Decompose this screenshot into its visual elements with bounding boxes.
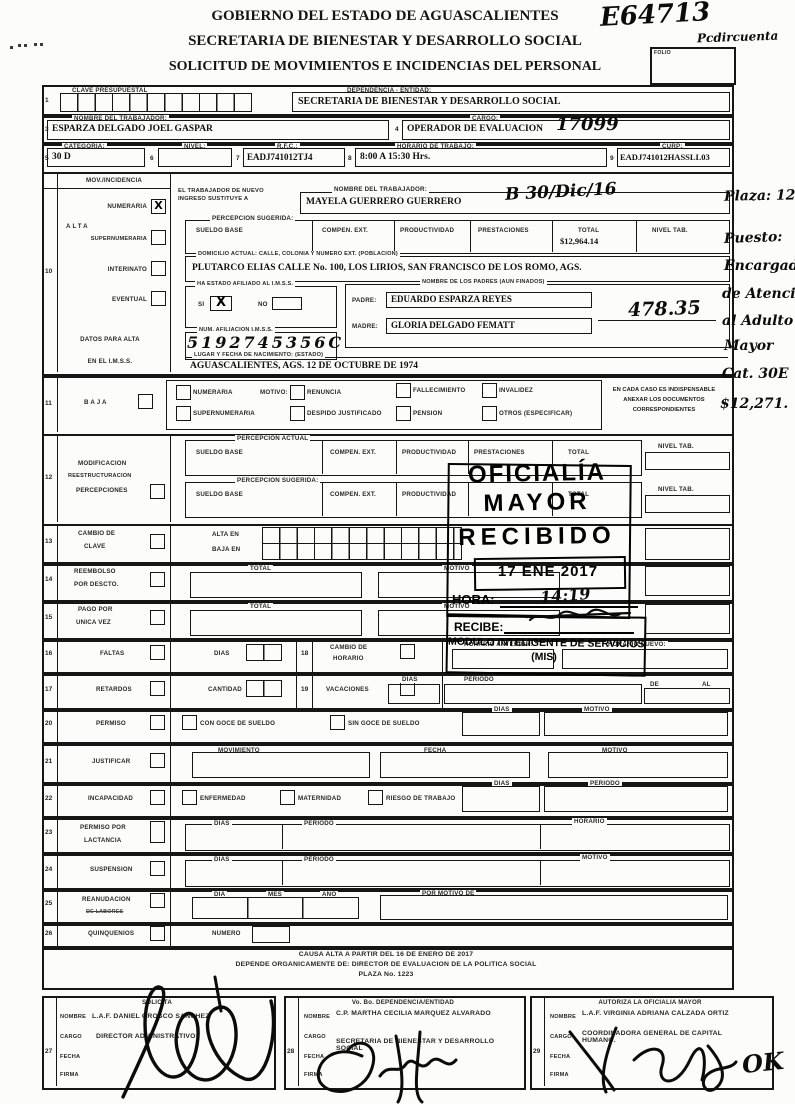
row-number-27: 27 (45, 1048, 52, 1055)
retardos-label: RETARDOS (96, 686, 132, 693)
row-number-25: 25 (45, 900, 52, 907)
row-number-8: 8 (348, 155, 352, 162)
right-box-15 (645, 604, 730, 634)
nombre-trabajador-value: ESPARZA DELGADO JOEL GASPAR (52, 124, 213, 134)
percepcion-sugerida-box (185, 220, 730, 254)
total-label: TOTAL (568, 449, 589, 456)
vacaciones-periodo-box (444, 684, 642, 704)
divider (57, 434, 58, 522)
riesgo-label: RIESGO DE TRABAJO (386, 795, 455, 802)
row-number-1: 1 (45, 97, 49, 104)
permiso-motivo-box (544, 712, 728, 736)
row-number-26: 26 (45, 930, 52, 937)
sustituto-nombre-label: NOMBRE DEL TRABAJADOR: (332, 186, 429, 193)
vacaciones-de-al-box (644, 688, 730, 704)
divider (636, 220, 637, 252)
si-label: SI (198, 301, 204, 308)
pension-checkbox[interactable] (396, 406, 411, 421)
periodo-label: PERIODO (302, 820, 336, 827)
justificar-checkbox[interactable] (150, 753, 165, 768)
otros-label: OTROS (ESPECIFICAR) (499, 410, 572, 417)
margin-note-atencion: de Atenci (722, 286, 795, 302)
en-el-imss-label: EN EL I.M.S.S. (58, 358, 162, 365)
periodo-label: PERIODO (462, 676, 496, 683)
madre-value: GLORIA DELGADO FEMATT (391, 320, 515, 330)
right-box-14 (645, 566, 730, 596)
alta-en-label: ALTA EN (212, 531, 239, 538)
con-goce-label: CON GOCE DE SUELDO (200, 720, 275, 727)
divider (43, 188, 170, 189)
padre-label: PADRE: (352, 297, 376, 304)
row-number-10: 10 (45, 268, 52, 275)
categoria-value: 30 D (52, 152, 71, 162)
cargo-handwritten-number: 17099 (556, 114, 619, 135)
reembolso-label-1: REEMBOLSO (74, 568, 116, 575)
row-number-21: 21 (45, 758, 52, 765)
divider (57, 562, 58, 600)
cargo-label: CARGO (60, 1034, 82, 1040)
row-number-7: 7 (236, 155, 240, 162)
nacimiento-value: AGUASCALIENTES, AGS. 12 DE OCTUBRE DE 19… (190, 361, 418, 371)
baja-motivos-box (166, 380, 602, 430)
signature-vobo (300, 1018, 510, 1104)
sin-goce-label: SIN GOCE DE SUELDO (348, 720, 420, 727)
stamp-hora-label: HORA: (452, 592, 495, 607)
modificacion-label: MODIFICACION (78, 460, 126, 467)
divider (470, 220, 471, 252)
de-label: DE (650, 681, 659, 688)
divider (170, 816, 171, 852)
scan-artifact (10, 46, 13, 49)
divider (322, 440, 323, 474)
stamp-recibido: RECIBIDO (448, 522, 626, 552)
renuncia-checkbox[interactable] (290, 385, 305, 400)
sueldo-base-label: SUELDO BASE (196, 227, 243, 234)
baja-nota-3: CORRESPONDIENTES (600, 407, 728, 413)
row-number-19: 19 (301, 686, 308, 693)
percepciones-label: PERCEPCIONES (76, 487, 128, 494)
pago-label-2: UNICA VEZ (76, 619, 111, 626)
lactancia-label-1: PERMISO POR (80, 824, 126, 831)
suspension-box (185, 860, 730, 887)
margin-note-plaza: Plaza: 122 (724, 187, 795, 204)
row-number-22: 22 (45, 795, 52, 802)
mov-incidencia-header: MOV./INCIDENCIA (58, 177, 170, 184)
divider (57, 638, 58, 672)
row-number-16: 16 (45, 650, 52, 657)
nivel-tab-label: NIVEL TAB. (658, 486, 694, 493)
divider (170, 638, 171, 672)
interinato-label: INTERINATO (62, 266, 147, 273)
alta-en-grid (262, 527, 462, 544)
margin-note-sueldo: $12,271. (720, 396, 788, 412)
faltas-checkbox[interactable] (150, 645, 165, 660)
madre-handwritten-number: 478.35 (628, 297, 701, 322)
productividad-label: PRODUCTIVIDAD (400, 227, 454, 234)
divider (540, 860, 541, 885)
pago-label-1: PAGO POR (78, 606, 113, 613)
supernumeraria-checkbox[interactable] (151, 230, 166, 245)
page-title-line2: SECRETARIA DE BIENESTAR Y DESARROLLO SOC… (120, 33, 650, 50)
folio-label: FOLIO (654, 50, 671, 56)
sustituto-nombre-value: MAYELA GUERRERO GUERRERO (306, 197, 461, 207)
permiso-dias-box (462, 712, 540, 736)
baja-nota-1: EN CADA CASO ES INDISPENSABLE (600, 387, 728, 393)
reanudacion-checkbox[interactable] (150, 893, 165, 908)
nacimiento-label: LUGAR Y FECHA DE NACIMIENTO: (ESTADO) (192, 352, 325, 358)
causa-alta-line-1: CAUSA ALTA A PARTIR DEL 16 DE ENERO DE 2… (42, 951, 730, 958)
divider (540, 824, 541, 849)
permiso-label: PERMISO (96, 720, 126, 727)
otros-checkbox[interactable] (482, 406, 497, 421)
motivo-label: MOTIVO (580, 854, 610, 861)
maternidad-label: MATERNIDAD (298, 795, 341, 802)
baja-label: B A J A (84, 399, 107, 406)
divider (170, 708, 171, 742)
divider (57, 376, 58, 432)
divider (170, 922, 171, 946)
total-label: TOTAL (578, 227, 599, 234)
baja-checkbox[interactable] (138, 394, 153, 409)
handwritten-code: E64713 (599, 0, 711, 33)
con-goce-checkbox[interactable] (182, 715, 197, 730)
cargo-value: OPERADOR DE EVALUACION (407, 124, 543, 134)
numeraria-label: NUMERARIA (62, 203, 147, 210)
num-afiliacion-handwritten: 5192745356C (187, 333, 344, 352)
total-label: TOTAL (248, 603, 273, 610)
nivel-tab-label: NIVEL TAB. (658, 443, 694, 450)
alta-label: ALTA (66, 223, 90, 230)
prestaciones-label: PRESTACIONES (478, 227, 529, 234)
compen-ext-label: COMPEN. EXT. (330, 449, 376, 456)
divider (170, 562, 171, 600)
no-checkbox[interactable] (272, 297, 302, 310)
incapacidad-periodo-box (544, 786, 728, 812)
divider (544, 996, 545, 1086)
numero-label: NUMERO (212, 930, 241, 937)
riesgo-checkbox[interactable] (368, 790, 383, 805)
divider (170, 434, 171, 522)
divider (322, 482, 323, 516)
afiliado-imss-label: HA ESTADO AFILIADO AL I.M.S.S. (195, 281, 295, 287)
curp-value: EADJ741012HASSLL03 (620, 152, 710, 162)
eventual-label: EVENTUAL (62, 296, 147, 303)
total-label: TOTAL (248, 565, 273, 572)
suspension-checkbox[interactable] (150, 861, 165, 876)
total-sugerido-value: $12,964.14 (560, 236, 598, 246)
lactancia-checkbox[interactable] (150, 821, 165, 843)
row-number-4: 4 (395, 126, 399, 133)
vobo-header: Vo. Bo. DEPENDENCIA/ENTIDAD (284, 999, 522, 1006)
horario-label: HORARIO (572, 818, 607, 825)
enfermedad-checkbox[interactable] (182, 790, 197, 805)
baja-en-grid (262, 543, 462, 560)
sustituye-label-1: EL TRABAJADOR DE NUEVO (178, 188, 264, 194)
modificacion-checkbox[interactable] (150, 484, 165, 499)
divider (57, 524, 58, 562)
baja-en-label: BAJA EN (212, 546, 240, 553)
invalidez-checkbox[interactable] (482, 383, 497, 398)
nombre-label: NOMBRE (60, 1014, 86, 1020)
despido-label: DESPIDO JUSTIFICADO (307, 410, 382, 417)
scanned-personnel-form: GOBIERNO DEL ESTADO DE AGUASCALIENTES SE… (0, 0, 795, 1104)
aut-header: AUTORIZA LA OFICIALIA MAYOR (530, 999, 770, 1006)
divider (57, 888, 58, 922)
justificar-movimiento-box (192, 752, 370, 778)
baja-numeraria-checkbox[interactable] (176, 385, 191, 400)
causa-alta-line-2: DEPENDE ORGANICAMENTE DE: DIRECTOR DE EV… (42, 961, 730, 968)
reanudacion-label-2: DE LABORES (86, 909, 123, 915)
interinato-checkbox[interactable] (151, 261, 166, 276)
lactancia-label-2: LACTANCIA (84, 837, 121, 844)
row-number-20: 20 (45, 720, 52, 727)
divider (57, 782, 58, 816)
eventual-checkbox[interactable] (151, 291, 166, 306)
aut-nombre-value: L.A.F. VIRGINIA ADRIANA CALZADA ORTIZ (582, 1010, 757, 1017)
divider (312, 220, 313, 252)
row-number-15: 15 (45, 614, 52, 621)
compen-ext-label: COMPEN. EXT. (322, 227, 368, 234)
divider (170, 782, 171, 816)
baja-supernumeraria-checkbox[interactable] (176, 406, 191, 421)
cambio-horario-checkbox[interactable] (400, 644, 415, 659)
numeraria-checkbox[interactable]: X (151, 199, 166, 214)
nivel-tab-sugerido-box (645, 495, 730, 513)
row-number-13: 13 (45, 538, 52, 545)
divider (312, 638, 313, 672)
justificar-label: JUSTIFICAR (92, 758, 130, 765)
row-number-24: 24 (45, 866, 52, 873)
divider (170, 600, 171, 638)
stamp-date: 17 ENE 2017 (474, 563, 622, 580)
margin-note-puesto: Puesto: (724, 229, 783, 247)
si-checkbox[interactable]: X (210, 296, 232, 311)
pago-checkbox[interactable] (150, 610, 165, 625)
incapacidad-checkbox[interactable] (150, 790, 165, 805)
despido-checkbox[interactable] (290, 406, 305, 421)
justificar-motivo-box (548, 752, 728, 778)
cambio-horario-label-2: HORARIO (333, 655, 364, 662)
page-title-line3: SOLICITUD DE MOVIMIENTOS E INCIDENCIAS D… (100, 59, 670, 75)
hora-crossed-scribble (524, 604, 636, 628)
sueldo-base-label: SUELDO BASE (196, 491, 243, 498)
reanudacion-fecha-box (192, 897, 359, 919)
incapacidad-label: INCAPACIDAD (88, 795, 133, 802)
reanudacion-motivo-box (380, 895, 728, 920)
stamp-mayor: MAYOR (450, 487, 625, 519)
percepcion-sugerida12-label: PERCEPCION SUGERIDA: (235, 477, 320, 484)
signature-autoriza (556, 1018, 756, 1102)
divider (170, 888, 171, 922)
divider (57, 672, 58, 708)
right-box-13 (645, 528, 730, 560)
signature-solicita (95, 975, 305, 1103)
productividad-label: PRODUCTIVIDAD (402, 449, 456, 456)
quinquenios-numero-box (252, 926, 290, 943)
supernumeraria-label: SUPERNUMERARIA (62, 236, 147, 242)
maternidad-checkbox[interactable] (280, 790, 295, 805)
faltas-label: FALTAS (100, 650, 124, 657)
divider (170, 672, 171, 708)
reestructuracion-label: REESTRUCTURACION (68, 473, 132, 479)
reanudacion-label-1: REANUDACION (82, 896, 131, 903)
nivel-tab-actual-box (645, 452, 730, 470)
pension-label: PENSION (413, 410, 442, 417)
row-number-18: 18 (301, 650, 308, 657)
baja-supernumeraria-label: SUPERNUMERARIA (193, 410, 255, 417)
datos-para-alta-label: DATOS PARA ALTA (58, 336, 162, 343)
dias-label: DIAS (214, 650, 230, 657)
margin-note-mayor: Mayor (724, 338, 773, 354)
compen-ext-label: COMPEN. EXT. (330, 491, 376, 498)
reembolso-label-2: POR DESCTO. (74, 581, 119, 588)
row-number-29: 29 (533, 1048, 540, 1055)
page-title-line1: GOBIERNO DEL ESTADO DE AGUASCALIENTES (120, 8, 650, 25)
divider (57, 742, 58, 782)
lactancia-box (185, 824, 730, 851)
suspension-label: SUSPENSION (90, 866, 133, 873)
incapacidad-dias-box (462, 786, 540, 812)
horario-value: 8:00 A 15:30 Hrs. (360, 152, 430, 162)
divider (442, 638, 443, 672)
row-number-17: 17 (45, 686, 52, 693)
sustituye-label-2: INGRESO SUSTITUYE A (178, 196, 248, 202)
row-number-14: 14 (45, 576, 52, 583)
vacaciones-label: VACACIONES (326, 686, 369, 693)
divider (394, 220, 395, 252)
percepcion-actual-label: PERCEPCION ACTUAL (235, 435, 310, 442)
baja-numeraria-label: NUMERARIA (193, 389, 233, 396)
clave-presupuestal-grid (60, 93, 252, 112)
row-number-6: 6 (150, 155, 154, 162)
faltas-dias-cells (246, 644, 282, 661)
justificar-fecha-box (380, 752, 530, 778)
divider (282, 824, 283, 849)
divider (57, 852, 58, 888)
sin-goce-checkbox[interactable] (330, 715, 345, 730)
domicilio-value: PLUTARCO ELIAS CALLE No. 100, LOS LIRIOS… (192, 263, 582, 273)
margin-note-encargado: Encargad (724, 258, 795, 274)
divider (296, 672, 297, 708)
al-label: AL (702, 681, 711, 688)
no-label: NO (258, 301, 268, 308)
fallecimiento-label: FALLECIMIENTO (413, 387, 465, 394)
divider (170, 742, 171, 782)
rfc-value: EADJ741012TJ4 (247, 152, 313, 162)
quinquenios-label: QUINQUENIOS (88, 930, 134, 937)
madre-label: MADRE: (352, 323, 378, 330)
reembolso-total-box (190, 572, 362, 598)
cambio-horario-label-1: CAMBIO DE (330, 644, 367, 651)
reembolso-checkbox[interactable] (150, 572, 165, 587)
vobo-nombre-value: C.P. MARTHA CECILIA MARQUEZ ALVARADO (336, 1010, 506, 1017)
divider (57, 816, 58, 852)
handwritten-note: Pcdircuenta (697, 29, 779, 46)
divider (57, 600, 58, 638)
dias-label: DIAS (400, 676, 420, 683)
row-number-9: 9 (610, 155, 614, 162)
dependencia-value: SECRETARIA DE BIENESTAR Y DESARROLLO SOC… (298, 96, 561, 107)
padre-value: EDUARDO ESPARZA REYES (391, 294, 512, 304)
retardos-checkbox[interactable] (150, 681, 165, 696)
percepcion-sugerida-label: PERCEPCION SUGERIDA: (210, 215, 295, 222)
dias-label: DIAS (212, 820, 232, 827)
periodo-label: PERIODO (302, 856, 336, 863)
padres-label: NOMBRE DE LOS PADRES (AUN FINADOS) (420, 279, 547, 285)
motivo-label: MOTIVO: (260, 389, 288, 396)
divider (396, 482, 397, 516)
cambio-de-clave-label-2: CLAVE (84, 543, 106, 550)
fecha-label: FECHA (60, 1054, 80, 1060)
divider (296, 638, 297, 672)
divider (312, 672, 313, 708)
cantidad-label: CANTIDAD (208, 686, 242, 693)
divider (170, 524, 171, 562)
retardos-cantidad-cells (246, 680, 282, 697)
baja-nota-2: ANEXAR LOS DOCUMENTOS (600, 397, 728, 403)
divider (442, 672, 443, 708)
nivel-box (158, 148, 232, 167)
permiso-checkbox[interactable] (150, 715, 165, 730)
row-number-11: 11 (45, 400, 52, 407)
row-number-12: 12 (45, 474, 52, 481)
divider (170, 172, 171, 372)
enfermedad-label: ENFERMEDAD (200, 795, 246, 802)
cambio-de-clave-label-1: CAMBIO DE (78, 530, 115, 537)
margin-note-categoria: Cat. 30E (722, 366, 789, 382)
quinquenios-checkbox[interactable] (150, 926, 165, 941)
margin-note-adulto: al Adulto (722, 313, 793, 329)
nivel-tab-label: NIVEL TAB. (652, 227, 688, 234)
divider (552, 220, 553, 252)
vacaciones-dias-box (388, 684, 440, 704)
fallecimiento-checkbox[interactable] (396, 383, 411, 398)
domicilio-label: DOMICILIO ACTUAL: CALLE, COLONIA Y NUMER… (196, 251, 400, 257)
divider (56, 996, 57, 1086)
cambio-clave-checkbox[interactable] (150, 534, 165, 549)
divider (57, 708, 58, 742)
divider (396, 440, 397, 474)
divider (282, 860, 283, 885)
sueldo-base-label: SUELDO BASE (196, 449, 243, 456)
pago-total-box (190, 610, 362, 636)
invalidez-label: INVALIDEZ (499, 387, 533, 394)
divider (170, 852, 171, 888)
dias-label: DIAS (212, 856, 232, 863)
firma-label: FIRMA (60, 1072, 79, 1078)
row-number-23: 23 (45, 829, 52, 836)
prestaciones-label: PRESTACIONES (474, 449, 525, 456)
stamp-oficialia: OFICIALÍA (450, 458, 625, 490)
renuncia-label: RENUNCIA (307, 389, 341, 396)
divider (57, 922, 58, 946)
